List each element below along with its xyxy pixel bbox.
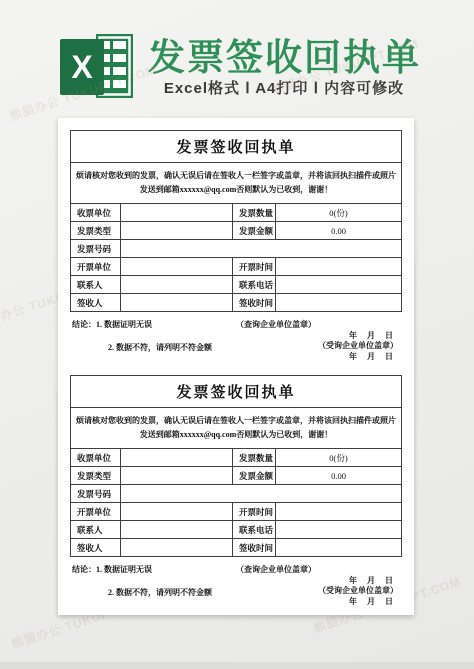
form-title: 发票签收回执单 [71,131,401,163]
field-value-contact-phone [276,521,401,538]
bottom-shadow-strip [0,662,474,669]
field-label-signer: 签收人 [71,539,121,556]
field-value-contact [121,276,233,293]
field-label-invoice-amount: 发票金额 [233,222,276,239]
field-label-invoice-type: 发票类型 [71,222,121,239]
field-label-sign-time: 签收时间 [233,539,276,556]
conclusion-block: 结论：1. 数据证明无误 （查询企业单位盖章） 年 月 日 2. 数据不符，请列… [70,557,402,609]
field-value-issue-time [276,258,401,275]
conclusion-line-2: 2. 数据不符，请列明不符金额 [108,342,212,353]
field-label-invoice-count: 发票数量 [233,449,276,466]
field-value-receiver-unit [121,204,233,221]
field-label-invoice-type: 发票类型 [71,467,121,484]
a4-page: 发票签收回执单 烦请核对您收到的发票，确认无误后请在签收人一栏签字或盖章，并将该… [58,118,414,615]
table-row: 发票类型 发票金额 0.00 [71,466,401,484]
table-row: 收票单位 发票数量 0(份) [71,204,401,221]
field-label-contact-phone: 联系电话 [233,276,276,293]
field-value-issuer-unit [121,258,233,275]
field-label-contact: 联系人 [71,276,121,293]
field-label-issue-time: 开票时间 [233,258,276,275]
table-row: 联系人 联系电话 [71,275,401,293]
field-label-invoice-count: 发票数量 [233,204,276,221]
field-label-invoice-amount: 发票金额 [233,467,276,484]
inquired-seal-label: （受询企业单位盖章） [318,585,398,596]
field-label-contact: 联系人 [71,521,121,538]
conclusion-block: 结论：1. 数据证明无误 （查询企业单位盖章） 年 月 日 2. 数据不符，请列… [70,312,402,364]
field-label-issue-time: 开票时间 [233,503,276,520]
table-row: 发票号码 [71,239,401,257]
table-row: 收票单位 发票数量 0(份) [71,449,401,466]
field-value-invoice-number [121,485,401,502]
field-label-signer: 签收人 [71,294,121,311]
inquired-seal-label: （受询企业单位盖章） [318,340,398,351]
field-value-signer [121,294,233,311]
field-value-contact [121,521,233,538]
field-value-signer [121,539,233,556]
table-row: 签收人 签收时间 [71,293,401,311]
form-notice: 烦请核对您收到的发票，确认无误后请在签收人一栏签字或盖章，并将该回执扫描件或照片… [71,408,401,449]
receipt-form-2: 发票签收回执单 烦请核对您收到的发票，确认无误后请在签收人一栏签字或盖章，并将该… [70,375,402,609]
field-value-invoice-number [121,240,401,257]
table-row: 联系人 联系电话 [71,520,401,538]
field-label-invoice-number: 发票号码 [71,240,121,257]
conclusion-line-2: 2. 数据不符，请列明不符金额 [108,587,212,598]
page-subtitle: Excel格式 Ⅰ A4打印 Ⅰ 内容可修改 [148,77,420,98]
field-value-invoice-amount: 0.00 [276,467,401,484]
date-line-2: 年 月 日 [349,596,394,607]
notice-line-2: 发送到邮箱xxxxxx@qq.com否则默认为已收到，谢谢！ [140,183,333,197]
excel-x-letter: X [71,49,93,85]
field-label-invoice-number: 发票号码 [71,485,121,502]
notice-line-1: 烦请核对您收到的发票，确认无误后请在签收人一栏签字或盖章，并将该回执扫描件或照片 [76,169,396,183]
field-label-contact-phone: 联系电话 [233,521,276,538]
table-row: 签收人 签收时间 [71,538,401,556]
inquiry-seal-label: （查询企业单位盖章） [236,564,316,575]
field-value-contact-phone [276,276,401,293]
field-value-issue-time [276,503,401,520]
field-label-issuer-unit: 开票单位 [71,503,121,520]
form-title: 发票签收回执单 [71,376,401,408]
field-value-issuer-unit [121,503,233,520]
field-label-sign-time: 签收时间 [233,294,276,311]
field-value-sign-time [276,539,401,556]
table-row: 开票单位 开票时间 [71,502,401,520]
field-value-invoice-count: 0(份) [276,449,401,466]
date-line-2: 年 月 日 [349,351,394,362]
field-value-sign-time [276,294,401,311]
field-value-invoice-amount: 0.00 [276,222,401,239]
table-row: 发票号码 [71,484,401,502]
field-label-issuer-unit: 开票单位 [71,258,121,275]
inquiry-seal-label: （查询企业单位盖章） [236,319,316,330]
excel-logo-icon: X [59,32,135,104]
field-value-invoice-count: 0(份) [276,204,401,221]
receipt-form-1: 发票签收回执单 烦请核对您收到的发票，确认无误后请在签收人一栏签字或盖章，并将该… [70,130,402,364]
field-label-receiver-unit: 收票单位 [71,449,121,466]
page-title: 发票签收回执单 [148,27,420,81]
conclusion-line-1: 结论：1. 数据证明无误 [72,319,152,330]
template-preview: X 发票签收回执单 Excel格式 Ⅰ A4打印 Ⅰ 内容可修改 熊猫办公 TU… [0,0,474,669]
table-row: 发票类型 发票金额 0.00 [71,221,401,239]
notice-line-2: 发送到邮箱xxxxxx@qq.com否则默认为已收到，谢谢！ [140,428,333,442]
field-value-invoice-type [121,467,233,484]
conclusion-line-1: 结论：1. 数据证明无误 [72,564,152,575]
form-notice: 烦请核对您收到的发票，确认无误后请在签收人一栏签字或盖章，并将该回执扫描件或照片… [71,163,401,204]
receipt-table: 发票签收回执单 烦请核对您收到的发票，确认无误后请在签收人一栏签字或盖章，并将该… [70,130,402,312]
field-value-receiver-unit [121,449,233,466]
table-row: 开票单位 开票时间 [71,257,401,275]
field-value-invoice-type [121,222,233,239]
field-label-receiver-unit: 收票单位 [71,204,121,221]
notice-line-1: 烦请核对您收到的发票，确认无误后请在签收人一栏签字或盖章，并将该回执扫描件或照片 [76,414,396,428]
receipt-table: 发票签收回执单 烦请核对您收到的发票，确认无误后请在签收人一栏签字或盖章，并将该… [70,375,402,557]
